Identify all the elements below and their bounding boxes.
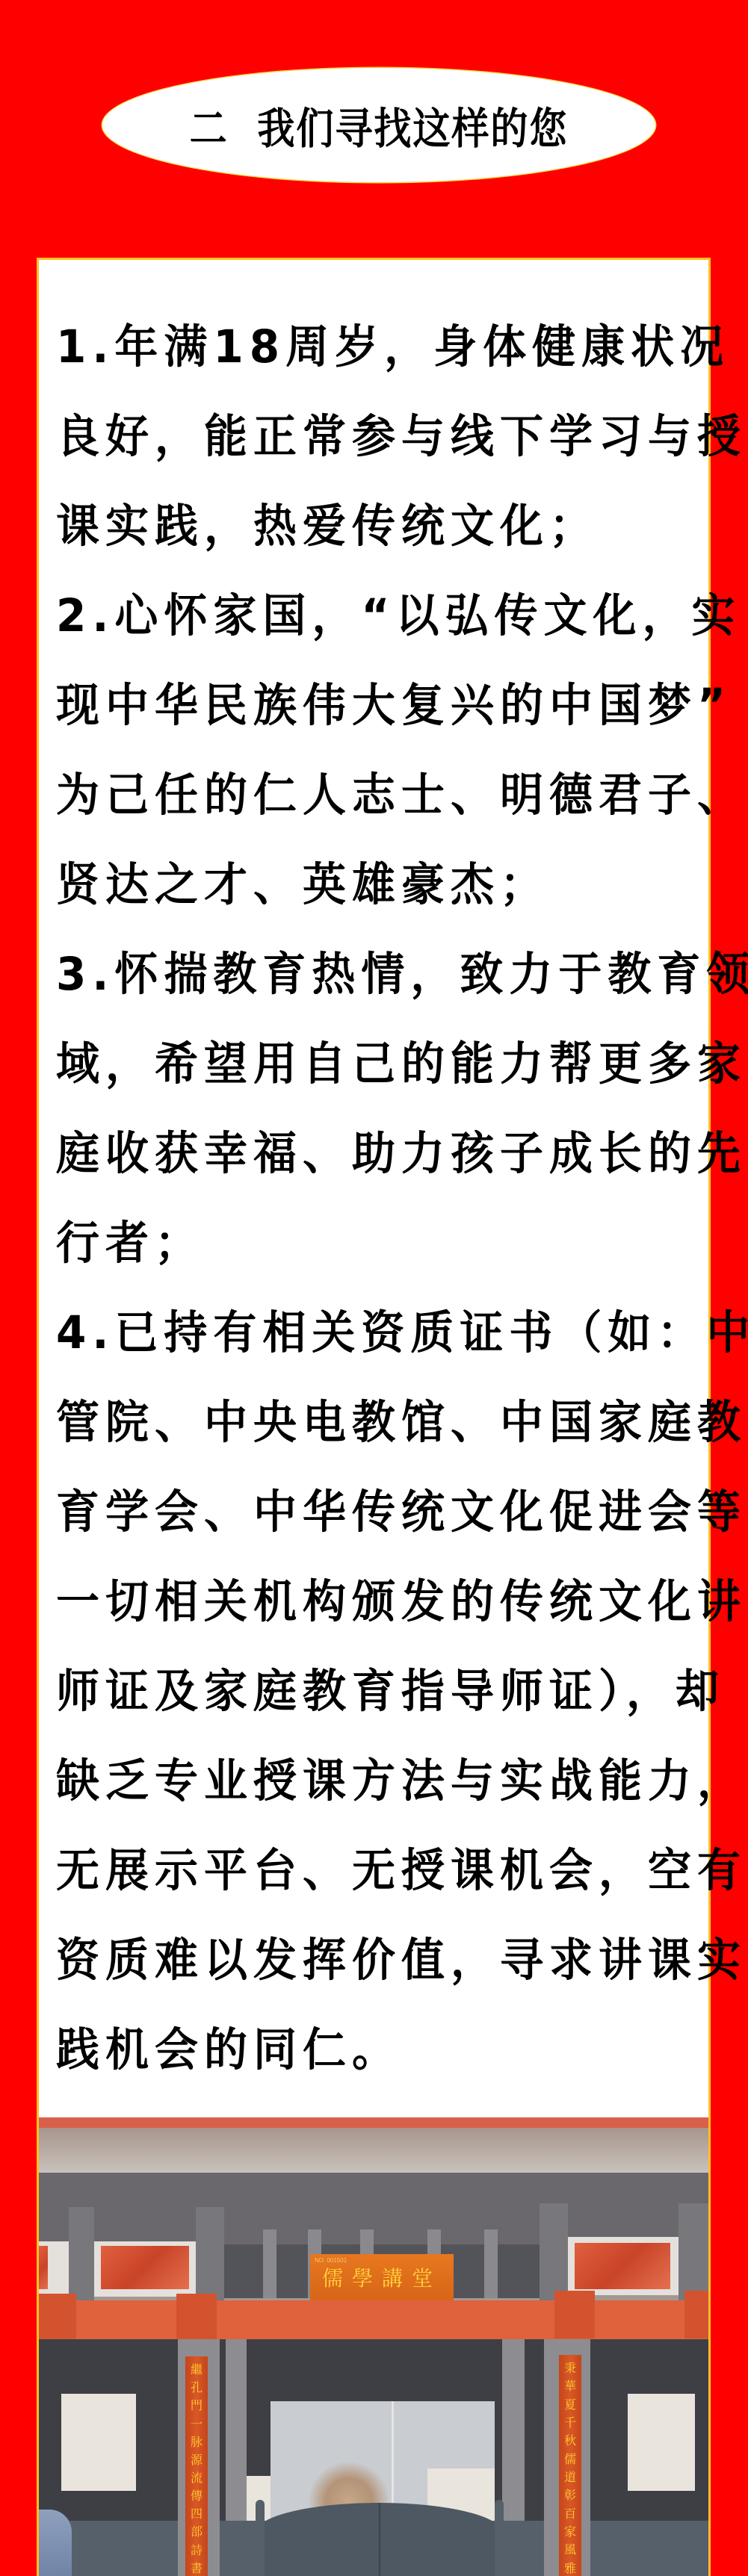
gate-post — [495, 2500, 504, 2576]
text-line: 2.心怀家国，“以弘传文化，实 — [56, 568, 703, 662]
text-line: 一切相关机构颁发的传统文化讲 — [56, 1554, 703, 1648]
couplet-char: 繼 — [191, 2364, 203, 2376]
couplet-char: 孔 — [191, 2382, 203, 2394]
text-line: 良好，能正常参与线下学习与授 — [56, 389, 703, 483]
beam-cap — [684, 2291, 708, 2338]
text-line: 庭收获幸福、助力孩子成长的先 — [56, 1106, 703, 1200]
requirements-text: 1.年满18周岁，身体健康状况 良好，能正常参与线下学习与授 课实践，热爱传统文… — [56, 302, 703, 2094]
couplet-char: 華 — [564, 2380, 576, 2392]
window-panel — [575, 2243, 670, 2289]
text-line: 缺乏专业授课方法与实战能力， — [56, 1734, 703, 1828]
couplet-char: 儒 — [564, 2454, 576, 2465]
beam-cap — [39, 2294, 76, 2341]
soffit — [39, 2128, 708, 2173]
couplet-char: 詩 — [191, 2545, 203, 2557]
text-line: 为己任的仁人志士、明德君子、 — [56, 748, 703, 842]
text-line: 育学会、中华传统文化促进会等 — [56, 1465, 703, 1559]
text-line: 管院、中央电教馆、中国家庭教 — [56, 1375, 703, 1469]
couplet-char: 家 — [564, 2526, 576, 2538]
couplet-char: 彰 — [564, 2489, 576, 2501]
couplet-char: 秉 — [564, 2362, 576, 2374]
couplet-char: 門 — [191, 2400, 203, 2412]
side-building — [628, 2394, 695, 2491]
plaque-text: 儒學講堂 — [322, 2262, 442, 2292]
couplet-char: 傳 — [191, 2490, 203, 2502]
text-line: 域，希望用自己的能力帮更多家 — [56, 1017, 703, 1111]
couplet-char: 部 — [191, 2526, 203, 2538]
parked-car — [39, 2510, 72, 2576]
plaque-number: NO. 001501 — [315, 2257, 347, 2264]
hall-plaque: NO. 001501 儒學講堂 — [310, 2254, 454, 2300]
text-line: 践机会的同仁。 — [56, 2002, 703, 2097]
inner-column — [502, 2339, 525, 2526]
couplet-char: 雅 — [564, 2563, 576, 2575]
text-line: 资质难以发挥价值，寻求讲课实 — [56, 1913, 703, 2007]
couplet-char: 秋 — [564, 2435, 576, 2447]
couplet-char: 四 — [191, 2508, 203, 2520]
beam-cap — [554, 2291, 595, 2338]
window-panel — [39, 2246, 48, 2289]
text-line: 1.年满18周岁，身体健康状况 — [56, 300, 703, 394]
text-line: 现中华民族伟大复兴的中国梦” — [56, 658, 703, 752]
beam-cap — [176, 2294, 217, 2341]
couplet-char: 風 — [564, 2544, 576, 2556]
text-line: 师证及家庭教育指导师证），却 — [56, 1644, 703, 1738]
text-line: 行者； — [56, 1196, 703, 1290]
couplet-char: 百 — [564, 2508, 576, 2520]
side-building — [61, 2394, 136, 2491]
text-line: 课实践，热爱传统文化； — [56, 479, 703, 573]
text-line: 3.怀揣教育热情，致力于教育领 — [56, 927, 703, 1021]
slat — [263, 2229, 276, 2298]
requirements-panel: 1.年满18周岁，身体健康状况 良好，能正常参与线下学习与授 课实践，热爱传统文… — [37, 258, 711, 2576]
couplet-char: 源 — [191, 2454, 203, 2466]
couplet-char: 一 — [191, 2418, 203, 2430]
orange-beam — [39, 2300, 708, 2339]
couplet-char: 脉 — [191, 2436, 203, 2448]
couplet-char: 流 — [191, 2472, 203, 2484]
slat — [484, 2229, 498, 2298]
couplet-char: 書 — [191, 2563, 203, 2575]
lecture-hall-gate-photo: NO. 001501 儒學講堂 繼 孔 門 一 — [39, 2117, 708, 2576]
couplet-char: 道 — [564, 2471, 576, 2483]
couplet-char: 千 — [564, 2417, 576, 2429]
gate-seam — [379, 2503, 380, 2576]
text-line: 无展示平台、无授课机会，空有 — [56, 1823, 703, 1917]
text-line: 贤达之才、英雄豪杰； — [56, 837, 703, 931]
section-title-banner: 二 我们寻找这样的您 — [102, 68, 655, 182]
inner-column — [226, 2339, 247, 2526]
section-title: 二 我们寻找这样的您 — [190, 94, 569, 156]
couplet-left: 繼 孔 門 一 脉 源 流 傳 四 部 詩 書 — [185, 2356, 208, 2576]
couplet-right: 秉 華 夏 千 秋 儒 道 彰 百 家 風 雅 — [559, 2355, 581, 2576]
couplet-char: 夏 — [564, 2399, 576, 2411]
text-line: 4.已持有相关资质证书（如：中 — [56, 1285, 703, 1379]
gate-post — [256, 2500, 265, 2576]
eave — [39, 2117, 708, 2128]
window-panel — [101, 2246, 189, 2289]
